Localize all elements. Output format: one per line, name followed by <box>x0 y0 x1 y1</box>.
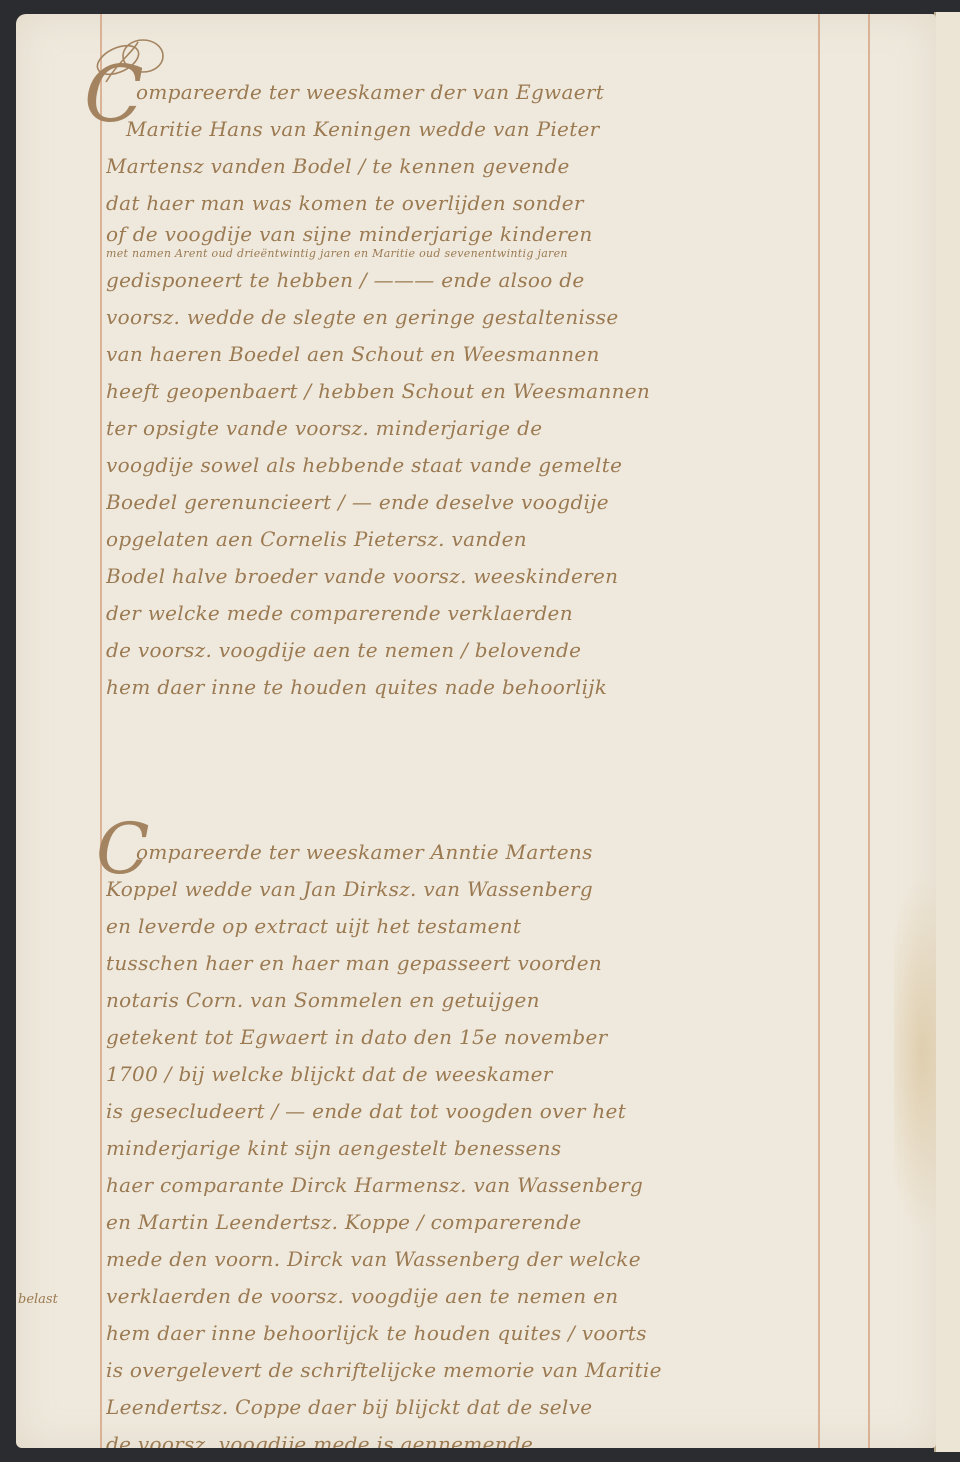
text-line: van haeren Boedel aen Schout en Weesmann… <box>106 336 906 373</box>
entry-1-text: ompareerde ter weeskamer der van Egwaert… <box>106 74 906 706</box>
text-line: haer comparante Dirck Harmensz. van Wass… <box>106 1167 906 1204</box>
text-line: Maritie Hans van Keningen wedde van Piet… <box>106 111 906 148</box>
text-line: gedisponeert te hebben / ——— ende alsoo … <box>106 262 906 299</box>
text-line: is overgelevert de schriftelijcke memori… <box>106 1352 906 1389</box>
text-line: dat haer man was komen te overlijden son… <box>106 185 906 222</box>
text-line: is gesecludeert / — ende dat tot voogden… <box>106 1093 906 1130</box>
text-line: der welcke mede comparerende verklaerden <box>106 595 906 632</box>
text-line: Boedel gerenuncieert / — ende deselve vo… <box>106 484 906 521</box>
text-line: mede den voorn. Dirck van Wassenberg der… <box>106 1241 906 1278</box>
text-line: Bodel halve broeder vande voorsz. weeski… <box>106 558 906 595</box>
left-margin-rule <box>100 14 102 1448</box>
text-line: Leendertsz. Coppe daer bij blijckt dat d… <box>106 1389 906 1426</box>
text-line: notaris Corn. van Sommelen en getuijgen <box>106 982 906 1019</box>
margin-note: belast <box>18 1292 58 1307</box>
text-line: opgelaten aen Cornelis Pietersz. vanden <box>106 521 906 558</box>
entry-2-text: ompareerde ter weeskamer Anntie Martens … <box>106 834 906 1448</box>
manuscript-page: C C ompareerde ter weeskamer der van Egw… <box>16 14 936 1448</box>
text-line: heeft geopenbaert / hebben Schout en Wee… <box>106 373 906 410</box>
interlinear-insertion: met namen Arent oud drieëntwintig jaren … <box>106 246 906 262</box>
text-line: getekent tot Egwaert in dato den 15e nov… <box>106 1019 906 1056</box>
text-line: minderjarige kint sijn aengestelt beness… <box>106 1130 906 1167</box>
text-line: en Martin Leendertsz. Koppe / compareren… <box>106 1204 906 1241</box>
text-line: voorsz. wedde de slegte en geringe gesta… <box>106 299 906 336</box>
text-line: de voorsz. voogdije aen te nemen / belov… <box>106 632 906 669</box>
manuscript-scan: C C ompareerde ter weeskamer der van Egw… <box>0 0 960 1462</box>
text-line: ter opsigte vande voorsz. minderjarige d… <box>106 410 906 447</box>
text-line: ompareerde ter weeskamer der van Egwaert <box>106 74 906 111</box>
facing-page-edge <box>934 12 960 1452</box>
text-line: de voorsz. voogdije mede is aennemende <box>106 1426 906 1448</box>
text-line: en leverde op extract uijt het testament <box>106 908 906 945</box>
text-line: Martensz vanden Bodel / te kennen gevend… <box>106 148 906 185</box>
text-line: tusschen haer en haer man gepasseert voo… <box>106 945 906 982</box>
text-line: verklaerden de voorsz. voogdije aen te n… <box>106 1278 906 1315</box>
text-line: of de voogdije van sijne minderjarige ki… <box>106 222 906 246</box>
text-line: Koppel wedde van Jan Dirksz. van Wassenb… <box>106 871 906 908</box>
text-line: voogdije sowel als hebbende staat vande … <box>106 447 906 484</box>
text-line: hem daer inne te houden quites nade beho… <box>106 669 906 706</box>
text-line: hem daer inne behoorlijck te houden quit… <box>106 1315 906 1352</box>
text-line: 1700 / bij welcke blijckt dat de weeskam… <box>106 1056 906 1093</box>
text-line: ompareerde ter weeskamer Anntie Martens <box>106 834 906 871</box>
